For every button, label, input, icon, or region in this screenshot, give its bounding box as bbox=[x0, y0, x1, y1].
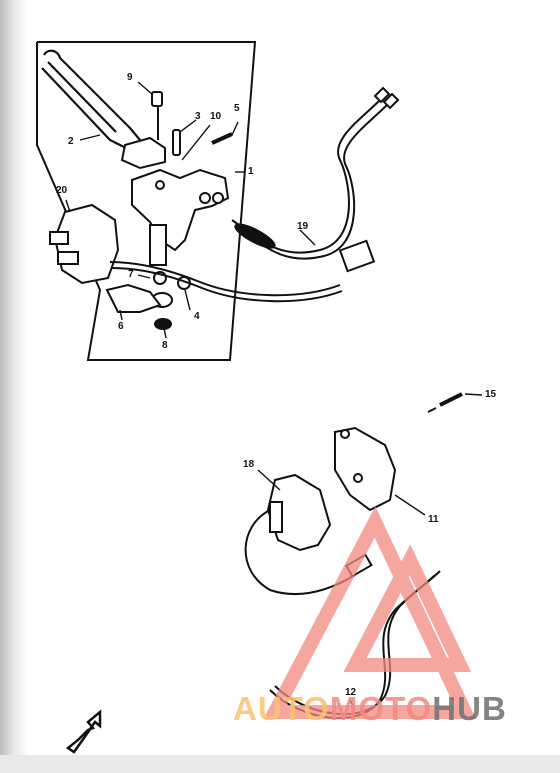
lever-holder bbox=[122, 138, 228, 265]
start-switch-18 bbox=[268, 475, 330, 550]
part-label-2: 2 bbox=[68, 137, 74, 147]
part-label-11: 11 bbox=[428, 515, 439, 525]
part-label-4: 4 bbox=[194, 312, 200, 322]
part-label-5: 5 bbox=[234, 104, 240, 114]
screw-15 bbox=[428, 394, 462, 412]
part-label-6: 6 bbox=[118, 322, 124, 332]
clutch-lever bbox=[42, 51, 140, 150]
hot-start-lever bbox=[107, 285, 160, 312]
scan-edge bbox=[0, 0, 28, 773]
part-label-8: 8 bbox=[162, 341, 168, 351]
watermark-moto: MOTO bbox=[330, 690, 432, 727]
arrow-up-right-icon bbox=[68, 712, 100, 752]
part-label-20: 20 bbox=[56, 186, 67, 196]
diagram-drawing bbox=[0, 0, 560, 773]
parts-diagram bbox=[0, 0, 560, 773]
right-switch-housing bbox=[335, 428, 395, 510]
watermark-auto: AUTO bbox=[233, 690, 330, 727]
watermark-logo: AUTOMOTOHUB bbox=[233, 692, 507, 725]
part-label-1: 1 bbox=[248, 167, 254, 177]
part-label-9: 9 bbox=[127, 73, 133, 83]
part-label-18: 18 bbox=[243, 460, 254, 470]
left-switch bbox=[50, 205, 118, 283]
part-label-15: 15 bbox=[485, 390, 496, 400]
part-label-19: 19 bbox=[297, 222, 308, 232]
part-label-3: 3 bbox=[195, 112, 201, 122]
wire-harness-19 bbox=[232, 88, 398, 271]
scan-bottom-edge bbox=[0, 755, 560, 773]
part-label-7: 7 bbox=[128, 270, 134, 280]
watermark-triangle bbox=[275, 522, 465, 712]
watermark-hub: HUB bbox=[432, 690, 507, 727]
part-label-10: 10 bbox=[210, 112, 221, 122]
